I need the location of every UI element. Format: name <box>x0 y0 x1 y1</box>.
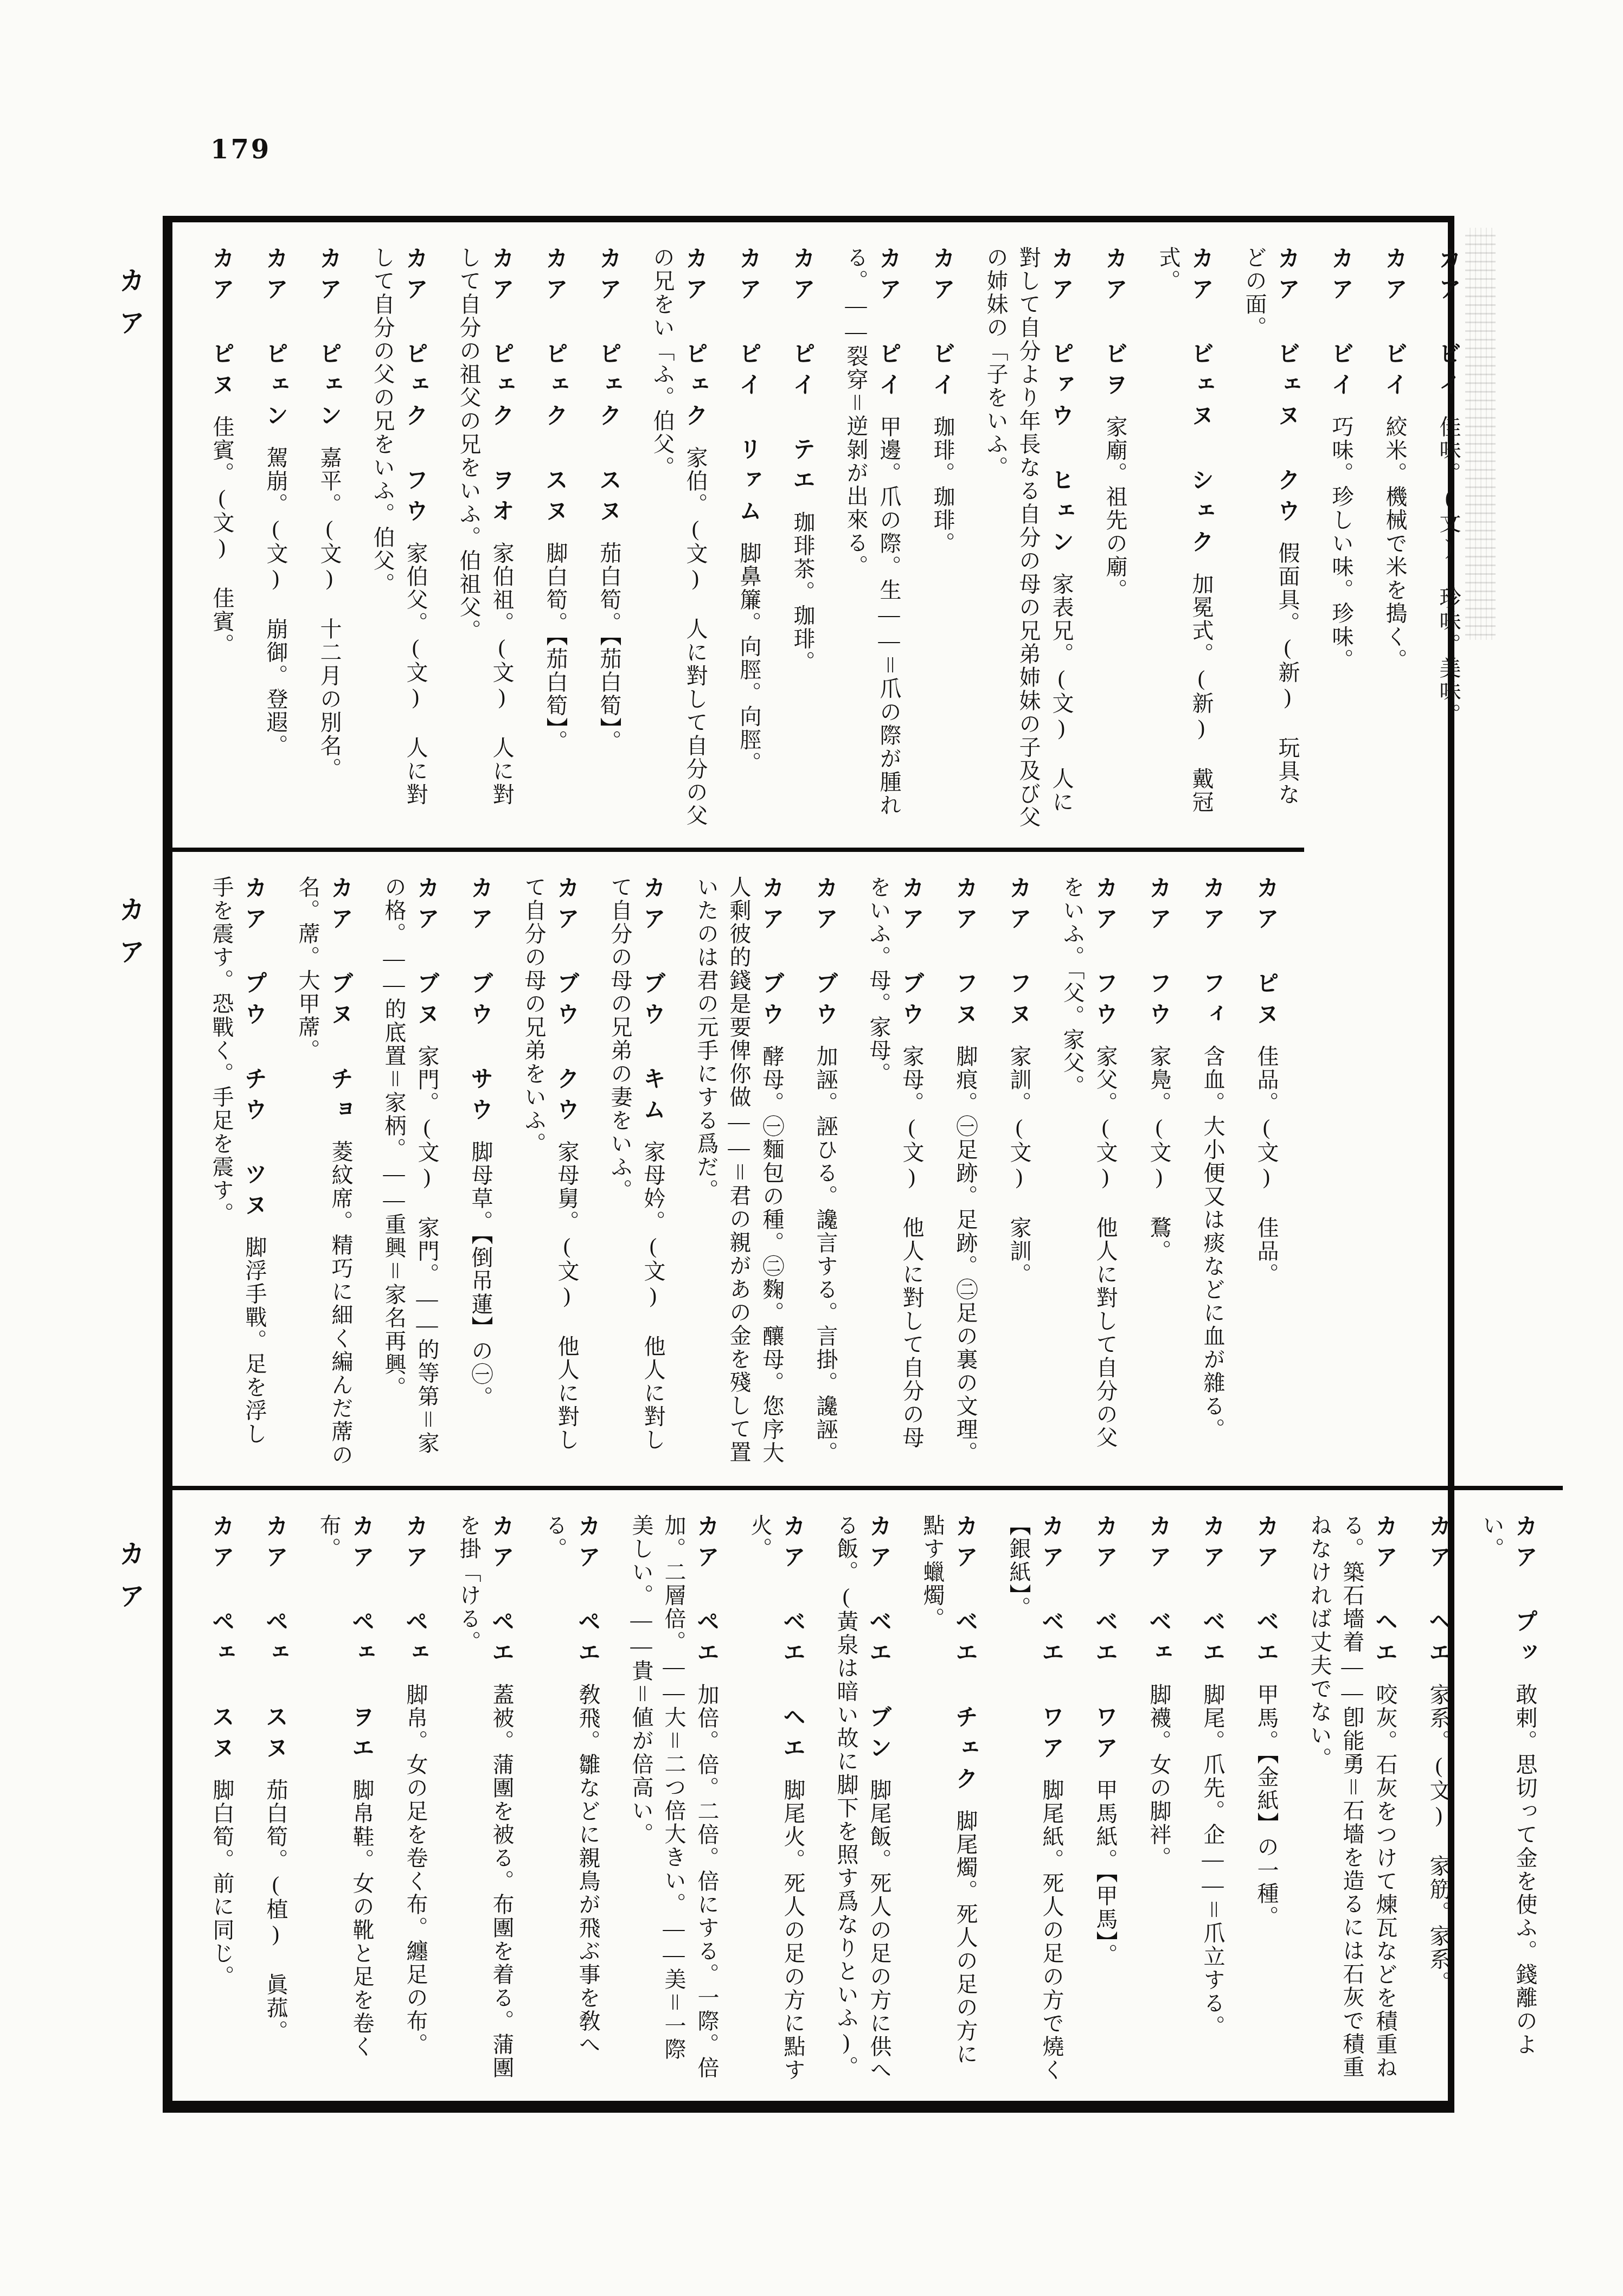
entry-definition: 脚母草。【倒吊蓮】の㊀。 <box>469 1140 493 1409</box>
entry-headword: カア ピヌ <box>1254 876 1279 1033</box>
entry-definition: 脚尾。爪先。企――＝爪立する。 <box>1201 1683 1225 2038</box>
dictionary-entry: カア ビェヌ クウ假面具。(新) 玩具などの面。 <box>1238 246 1305 829</box>
entry-headword: カア ブウ キム <box>640 876 666 1128</box>
entry-definition: 家訓。(文) 家訓。 <box>1007 1045 1031 1286</box>
entry-headword: カア ブヌ <box>414 876 440 1033</box>
entry-headword: カア ベエ ヘエ <box>780 1514 806 1767</box>
entry-headword: カア ペェ スヌ <box>263 1514 288 1767</box>
margin-guide-word-band3: カア <box>111 1540 148 1625</box>
entry-definition: 甲馬紙。【甲馬】。 <box>1093 1779 1118 1967</box>
dictionary-entry: カア ピヌ佳賓。(文) 佳賓。 <box>205 246 239 829</box>
entry-headword: カア ブウ <box>899 876 925 1033</box>
entry-headword: カア ペェ スヌ <box>209 1514 235 1767</box>
entry-headword: カア ビェヌ クウ <box>1275 246 1300 530</box>
entry-definition: 脚襪。女の脚袢。 <box>1147 1683 1171 1870</box>
dictionary-entry: カア フウ家父。(文) 他人に對して自分の父をいふ。「父。家父。 <box>1056 876 1122 1467</box>
dictionary-entry: カア フヌ家訓。(文) 家訓。 <box>1002 876 1036 1467</box>
entry-headword: カア ベエ <box>1200 1514 1226 1671</box>
dictionary-entry: カア ピイ甲邊。爪の際。生――＝爪の際が腫れる。――裂穿＝逆剝が出來る。 <box>839 246 906 829</box>
entry-headword: カア ピイ <box>876 246 902 403</box>
entry-headword: カア ピァウ ヒェン <box>1049 246 1074 561</box>
entry-headword: カア ヘエ <box>1372 1514 1398 1671</box>
entry-headword: カア ペエ <box>489 1514 515 1671</box>
entry-definition: 茄白筍。【茄白筍】。 <box>597 542 621 753</box>
dictionary-entry: カア ピェク ヲオ家伯祖。(文) 人に對して自分の祖父の兄をいふ。伯祖父。 <box>452 246 519 829</box>
dictionary-entry: カア ピヌ佳品。(文) 佳品。 <box>1249 876 1284 1467</box>
dictionary-entry: カア ビイ巧味。珍しい味。珍味。 <box>1324 246 1358 829</box>
entry-headword: カア ピェク フウ <box>403 246 428 530</box>
entry-headword: カア ベエ ブン <box>867 1514 892 1767</box>
dictionary-entry: カア ペエ加倍。倍。二倍。倍にする。一際。倍加。二層倍。――大＝二つ倍大きい。―… <box>625 1514 724 2082</box>
entry-headword: カア ピイ リァム <box>736 246 762 530</box>
entry-headword: カア ピェク スヌ <box>543 246 568 530</box>
entry-headword: カア フヌ <box>953 876 978 1033</box>
dictionary-entry: カア ビイ珈琲。珈琲。 <box>926 246 960 829</box>
entry-definition: 絞米。機械で米を搗く。 <box>1383 415 1407 672</box>
dictionary-entry: カア ピイ リァム脚鼻簾。向脛。向脛。 <box>732 246 766 829</box>
dictionary-entry: カア ベエ ブン脚尾飯。死人の足の方に供へる飯。(黃泉は暗い故に脚下を照す爲なり… <box>830 1514 896 2082</box>
page-number: 179 <box>210 134 271 165</box>
entry-headword: カア ベェ <box>1146 1514 1172 1671</box>
entry-headword: カア ブウ サウ <box>468 876 493 1128</box>
dictionary-entry: カア ビイ佳味。(文) 珍味。美味。 <box>1432 246 1466 829</box>
entry-headword: カア ピェン <box>317 246 342 434</box>
dictionary-entry: カア ビェヌ シェク加冕式。(新) 戴冠式。 <box>1152 246 1218 829</box>
dictionary-entry: カア ピェク スヌ脚白筍。【茄白筍】。 <box>538 246 573 829</box>
scan-gutter-noise <box>1465 228 1496 640</box>
entry-headword: カア ヘエ <box>1426 1514 1452 1671</box>
dictionary-entry: カア ベエ甲馬。【金紙】の一種。 <box>1249 1514 1284 2082</box>
dictionary-entry: カア ベエ ヘエ脚尾火。死人の足の方に點す火。 <box>743 1514 810 2082</box>
dictionary-entry: カア ピェク フウ家伯父。(文) 人に對して自分の父の兄をいふ。伯父。 <box>366 246 433 829</box>
entry-headword: カア ビイ <box>930 246 955 403</box>
dictionary-entry: カア ペェ スヌ茄白筍。(植) 眞菰。 <box>259 1514 293 2082</box>
dictionary-entry: カア ブウ サウ脚母草。【倒吊蓮】の㊀。 <box>464 876 498 1467</box>
dictionary-entry: カア ヘエ咬灰。石灰をつけて煉瓦などを積重ねる。築石墻着――卽能勇＝石墻を造るに… <box>1303 1514 1402 2082</box>
dictionary-entry: カア ペエ敎飛。雛などに親鳥が飛ぶ事を敎へる。 <box>538 1514 605 2082</box>
dictionary-entry: カア ビヲ家廟。祖先の廟。 <box>1098 246 1132 829</box>
entry-definition: 佳味。(文) 珍味。美味。 <box>1436 415 1461 727</box>
entry-headword: カア ピェク <box>683 246 708 434</box>
entry-headword: カア ベエ チェク <box>953 1514 978 1798</box>
entry-band-2: カア ピヌ佳品。(文) 佳品。カア フィ含血。大小便又は痰などに血が雜る。カア … <box>172 848 1304 1486</box>
entry-definition: 脚白筍。前に同じ。 <box>210 1779 234 1989</box>
dictionary-entry: カア ブヌ家門。(文) 家門。――的等第＝家の格。――的底置＝家柄。――重興＝家… <box>377 876 444 1467</box>
dictionary-entry: カア ブウ家母。(文) 他人に對して自分の母をいふ。母。家母。 <box>862 876 929 1467</box>
entry-headword: カア ペエ <box>575 1514 601 1671</box>
entry-definition: 家廟。祖先の廟。 <box>1103 415 1127 602</box>
dictionary-entry: カア ブヌ チョ菱紋席。精巧に細く編んだ蓆の名。蓆。大甲蓆。 <box>291 876 358 1467</box>
entry-definition: 珈琲茶。珈琲。 <box>791 511 815 674</box>
entry-headword: カア ベエ ワア <box>1093 1514 1118 1767</box>
dictionary-entry: カア ピェン嘉平。(文) 十二月の別名。 <box>312 246 347 829</box>
dictionary-entry: カア ブウ酵母。㊀麵包の種。㊁麴。釀母。您序大人剩彼的錢是要俾你做――＝君の親が… <box>690 876 789 1467</box>
entry-definition: 家鳧。(文) 鶩。 <box>1147 1045 1171 1263</box>
dictionary-entry: カア フヌ脚痕。㊀足跡。足跡。㊁足の裏の文理。 <box>948 876 983 1467</box>
entry-definition: 脚痕。㊀足跡。足跡。㊁足の裏の文理。 <box>953 1045 978 1465</box>
dictionary-entry: カア ペェ脚帛。女の足を卷く布。纏足の布。 <box>399 1514 433 2082</box>
entry-headword: カア ビイ <box>1329 246 1354 403</box>
entry-headword: カア ベエ ワア <box>1039 1514 1064 1767</box>
margin-guide-word-band2: カア <box>111 896 148 980</box>
entry-definition: 含血。大小便又は痰などに血が雜る。 <box>1201 1045 1225 1441</box>
margin-guide-word-band1: カア <box>111 267 148 351</box>
entry-headword: カア ブウ <box>813 876 838 1033</box>
entry-headword: カア プウ チウ ツヌ <box>242 876 267 1224</box>
dictionary-entry: カア ブウ加誣。誣ひる。讒言する。言掛。讒誣。 <box>809 876 843 1467</box>
entry-headword: カア ブウ <box>759 876 785 1033</box>
dictionary-entry: カア ピイ テエ珈琲茶。珈琲。 <box>786 246 820 829</box>
entry-definition: 駕崩。(文) 崩御。登遐。 <box>264 446 288 758</box>
dictionary-entry: カア ビイ絞米。機械で米を搗く。 <box>1378 246 1412 829</box>
entry-definition: 脚帛。女の足を卷く布。纏足の布。 <box>403 1683 428 2056</box>
entry-headword: カア フウ <box>1093 876 1118 1033</box>
dictionary-entry: カア ベエ脚尾。爪先。企――＝爪立する。 <box>1196 1514 1230 2082</box>
entry-definition: 加誣。誣ひる。讒言する。言掛。讒誣。 <box>813 1045 838 1465</box>
entry-headword: カア ビェヌ シェク <box>1189 246 1214 561</box>
dictionary-entry: カア ピェク スヌ茄白筍。【茄白筍】。 <box>592 246 626 829</box>
entry-headword: カア フィ <box>1200 876 1226 1033</box>
entry-headword: カア ピェク ヲオ <box>489 246 515 530</box>
entry-definition: 茄白筍。(植) 眞菰。 <box>264 1779 288 2043</box>
entry-headword: カア ベエ <box>1254 1514 1279 1671</box>
entry-definition: 脚鼻簾。向脛。向脛。 <box>737 542 761 775</box>
entry-definition: 珈琲。珈琲。 <box>931 415 955 555</box>
entry-definition: 佳品。(文) 佳品。 <box>1254 1045 1279 1286</box>
entry-headword: カア フウ <box>1146 876 1172 1033</box>
entry-definition: 脚白筍。【茄白筍】。 <box>543 542 568 753</box>
dictionary-entry: カア ヘエ家系。(文) 家筋。家系。 <box>1422 1514 1456 2082</box>
entry-definition: 嘉平。(文) 十二月の別名。 <box>317 446 342 781</box>
entry-band-3: カア プッ敢剌。思切って金を使ふ。錢離のよい。カア ヘエ家系。(文) 家筋。家系… <box>172 1486 1563 2101</box>
entry-definition: 甲馬。【金紙】の一種。 <box>1254 1683 1279 1929</box>
dictionary-entry: カア プッ敢剌。思切って金を使ふ。錢離のよい。 <box>1476 1514 1542 2082</box>
dictionary-entry: カア ブウ クウ家母舅。(文) 他人に對して自分の母の兄弟をいふ。 <box>517 876 584 1467</box>
entry-definition: 家系。(文) 家筋。家系。 <box>1427 1683 1451 1994</box>
dictionary-content-box: カア ビイ佳味。(文) 珍味。美味。カア ビイ絞米。機械で米を搗く。カア ビイ巧… <box>163 216 1454 2113</box>
entry-headword: カア ピヌ <box>209 246 235 403</box>
dictionary-entry: カア フィ含血。大小便又は痰などに血が雜る。 <box>1196 876 1230 1467</box>
dictionary-entry: カア ピァウ ヒェン家表兄。(文) 人に對して自分より年長なる自分の母の兄弟姉妹… <box>979 246 1079 829</box>
dictionary-entry: カア ピェン駕崩。(文) 崩御。登遐。 <box>259 246 293 829</box>
dictionary-entry: カア ペェ ヲエ脚帛鞋。女の靴と足を卷く布。 <box>312 1514 379 2082</box>
entry-headword: カア ペエ <box>694 1514 720 1671</box>
entry-headword: カア ブウ クウ <box>554 876 580 1128</box>
entry-headword: カア フヌ <box>1006 876 1032 1033</box>
entry-headword: カア ビイ <box>1382 246 1408 403</box>
entry-headword: カア ピイ テエ <box>790 246 816 499</box>
dictionary-entry: カア ペェ スヌ脚白筍。前に同じ。 <box>205 1514 239 2082</box>
dictionary-entry: カア ピェク家伯。(文) 人に對して自分の父の兄をい「ふ。伯父。 <box>646 246 713 829</box>
dictionary-entry: カア プウ チウ ツヌ脚浮手戰。足を浮し手を震す。恐戰く。手足を震す。 <box>205 876 272 1467</box>
dictionary-entry: カア ベエ ワア脚尾紙。死人の足の方で燒く【銀紙】。 <box>1002 1514 1069 2082</box>
entry-definition: 佳賓。(文) 佳賓。 <box>210 415 234 657</box>
dictionary-entry: カア ブウ キム家母妗。(文) 他人に對して自分の母の兄弟の妻をいふ。 <box>604 876 670 1467</box>
dictionary-page: 179 カア カア カア カア ビイ佳味。(文) 珍味。美味。カア ビイ絞米。機… <box>0 0 1623 2296</box>
dictionary-entry: カア ベェ脚襪。女の脚袢。 <box>1142 1514 1176 2082</box>
entry-headword: カア ビイ <box>1436 246 1461 403</box>
entry-headword: カア ビヲ <box>1102 246 1128 403</box>
entry-definition: 巧味。珍しい味。珍味。 <box>1329 415 1353 672</box>
dictionary-entry: カア ベエ チェク脚尾燭。死人の足の方に點す蠟燭。 <box>916 1514 983 2082</box>
entry-band-1: カア ビイ佳味。(文) 珍味。美味。カア ビイ絞米。機械で米を搗く。カア ビイ巧… <box>172 222 1486 848</box>
entry-headword: カア ピェク スヌ <box>596 246 622 530</box>
dictionary-entry: カア ベエ ワア甲馬紙。【甲馬】。 <box>1088 1514 1122 2082</box>
dictionary-entry: カア ペエ蓋被。蒲團を被る。布團を着る。蒲團を掛「ける。 <box>452 1514 519 2082</box>
dictionary-entry: カア フウ家鳧。(文) 鶩。 <box>1142 876 1176 1467</box>
entry-headword: カア ピェン <box>263 246 288 434</box>
entry-headword: カア ペェ <box>403 1514 428 1671</box>
entry-headword: カア ブヌ チョ <box>328 876 354 1128</box>
entry-headword: カア ペェ ヲエ <box>349 1514 375 1767</box>
entry-headword: カア プッ <box>1512 1514 1538 1671</box>
